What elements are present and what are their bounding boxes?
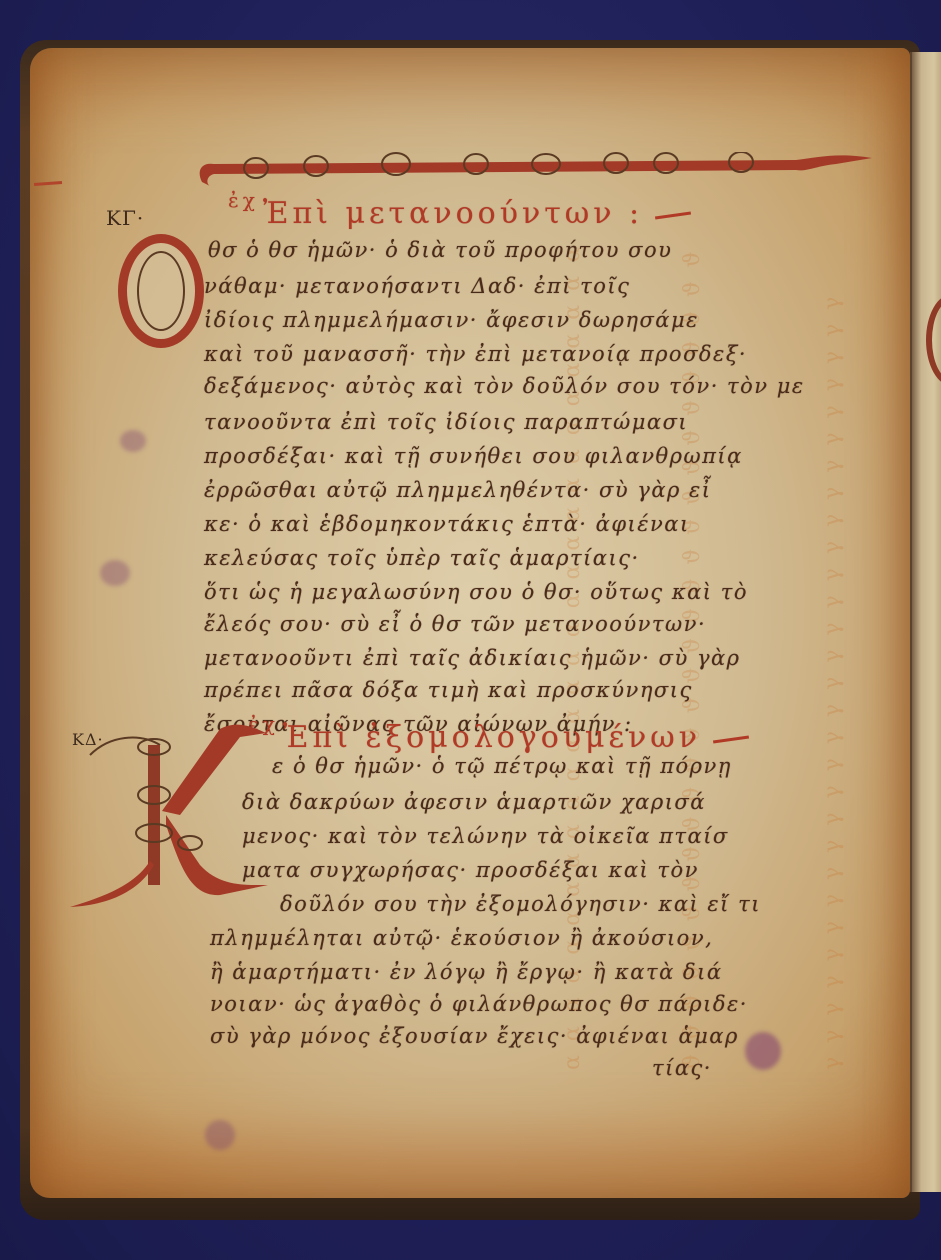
text-line: κελεύσας τοῖς ὑπὲρ ταῖς ἁμαρτίαις· bbox=[204, 544, 640, 572]
text-line: ε ὁ θσ ἡμῶν· ὁ τῷ πέτρῳ καὶ τῇ πόρνῃ bbox=[272, 752, 732, 780]
text-line: τανοοῦντα ἐπὶ τοῖς ἰδίοις παραπτώμασι bbox=[204, 408, 688, 436]
rubric-heading: ἐχἘπὶ ἐξομολογουμένων bbox=[248, 720, 749, 755]
text-line: μετανοοῦντι ἐπὶ ταῖς ἀδικίαις ἡμῶν· σὺ γ… bbox=[204, 644, 741, 672]
text-line: ἰδίοις πλημμελήμασιν· ἄφεσιν δωρησάμε bbox=[204, 306, 699, 334]
rubric-prefix: ἐχ bbox=[228, 188, 259, 212]
text-line: ὅτι ὡς ἡ μεγαλωσύνη σου ὁ θσ· οὕτως καὶ … bbox=[204, 578, 748, 606]
text-line: κε· ὁ καὶ ἑβδομηκοντάκις ἑπτὰ· ἀφιέναι bbox=[204, 510, 690, 538]
facing-page-edge bbox=[910, 52, 941, 1192]
text-line: ματα συγχωρήσας· προσδέξαι καὶ τὸν bbox=[242, 856, 699, 884]
text-line: μενος· καὶ τὸν τελώνην τὰ οἰκεῖα πταίσ bbox=[242, 822, 729, 850]
stain bbox=[100, 560, 130, 586]
rubric-text: Ἐπὶ ἐξομολογουμένων bbox=[283, 720, 701, 755]
stain bbox=[205, 1120, 235, 1150]
text-line: νάθαμ· μετανοήσαντι Δαδ· ἐπὶ τοῖς bbox=[204, 272, 630, 300]
text-line: σὺ γὰρ μόνος ἐξουσίαν ἔχεις· ἀφιέναι ἁμα… bbox=[210, 1022, 739, 1050]
text-line: πλημμέληται αὐτῷ· ἑκούσιον ἢ ἀκούσιον, bbox=[210, 924, 713, 952]
decorative-headpiece bbox=[196, 152, 876, 188]
text-line: διὰ δακρύων ἀφεσιν ἁμαρτιῶν χαρισά bbox=[242, 788, 706, 816]
rubric-flourish bbox=[655, 211, 691, 219]
stain bbox=[120, 430, 146, 452]
quire-mark: ΚΓ· bbox=[106, 206, 144, 230]
text-line: δεξάμενος· αὐτὸς καὶ τὸν δοῦλόν σου τόν·… bbox=[204, 372, 805, 400]
decorated-initial-omicron bbox=[118, 234, 204, 348]
text-line: δοῦλόν σου τὴν ἐξομολόγησιν· καὶ εἴ τι bbox=[280, 890, 761, 918]
text-line: νοιαν· ὡς ἀγαθὸς ὁ φιλάνθρωπος θσ πάριδε… bbox=[210, 990, 748, 1018]
text-line: πρέπει πᾶσα δόξα τιμὴ καὶ προσκύνησις bbox=[204, 676, 693, 704]
show-through-text: γγγγγγγγγγγγγγγγγγγγγγγγγγγγγ bbox=[820, 190, 845, 1070]
rubric-heading: ἐχἘπὶ μετανοούντων : bbox=[228, 196, 691, 231]
text-line: θσ ὁ θσ ἡμῶν· ὁ διὰ τοῦ προφήτου σου bbox=[208, 236, 672, 264]
text-line: ἔλεός σου· σὺ εἶ ὁ θσ τῶν μετανοούντων· bbox=[204, 610, 706, 638]
rubric-flourish bbox=[713, 735, 749, 743]
decorated-initial-kappa bbox=[70, 715, 270, 910]
facing-page-initial-fragment bbox=[926, 294, 941, 386]
stain bbox=[745, 1032, 781, 1070]
initial-inner-ornament bbox=[137, 251, 185, 331]
text-line: ἢ ἁμαρτήματι· ἐν λόγῳ ἢ ἔργῳ· ἢ κατὰ διά bbox=[210, 958, 723, 986]
text-line: προσδέξαι· καὶ τῇ συνήθει σου φιλανθρωπί… bbox=[204, 442, 743, 470]
text-line: καὶ τοῦ μανασσῆ· τὴν ἐπὶ μετανοίᾳ προσδε… bbox=[204, 340, 747, 368]
text-line: τίας· bbox=[652, 1054, 712, 1082]
text-line: ἐρρῶσθαι αὐτῷ πλημμεληθέντα· σὺ γὰρ εἶ bbox=[204, 476, 712, 504]
rubric-text: Ἐπὶ μετανοούντων : bbox=[263, 196, 643, 231]
